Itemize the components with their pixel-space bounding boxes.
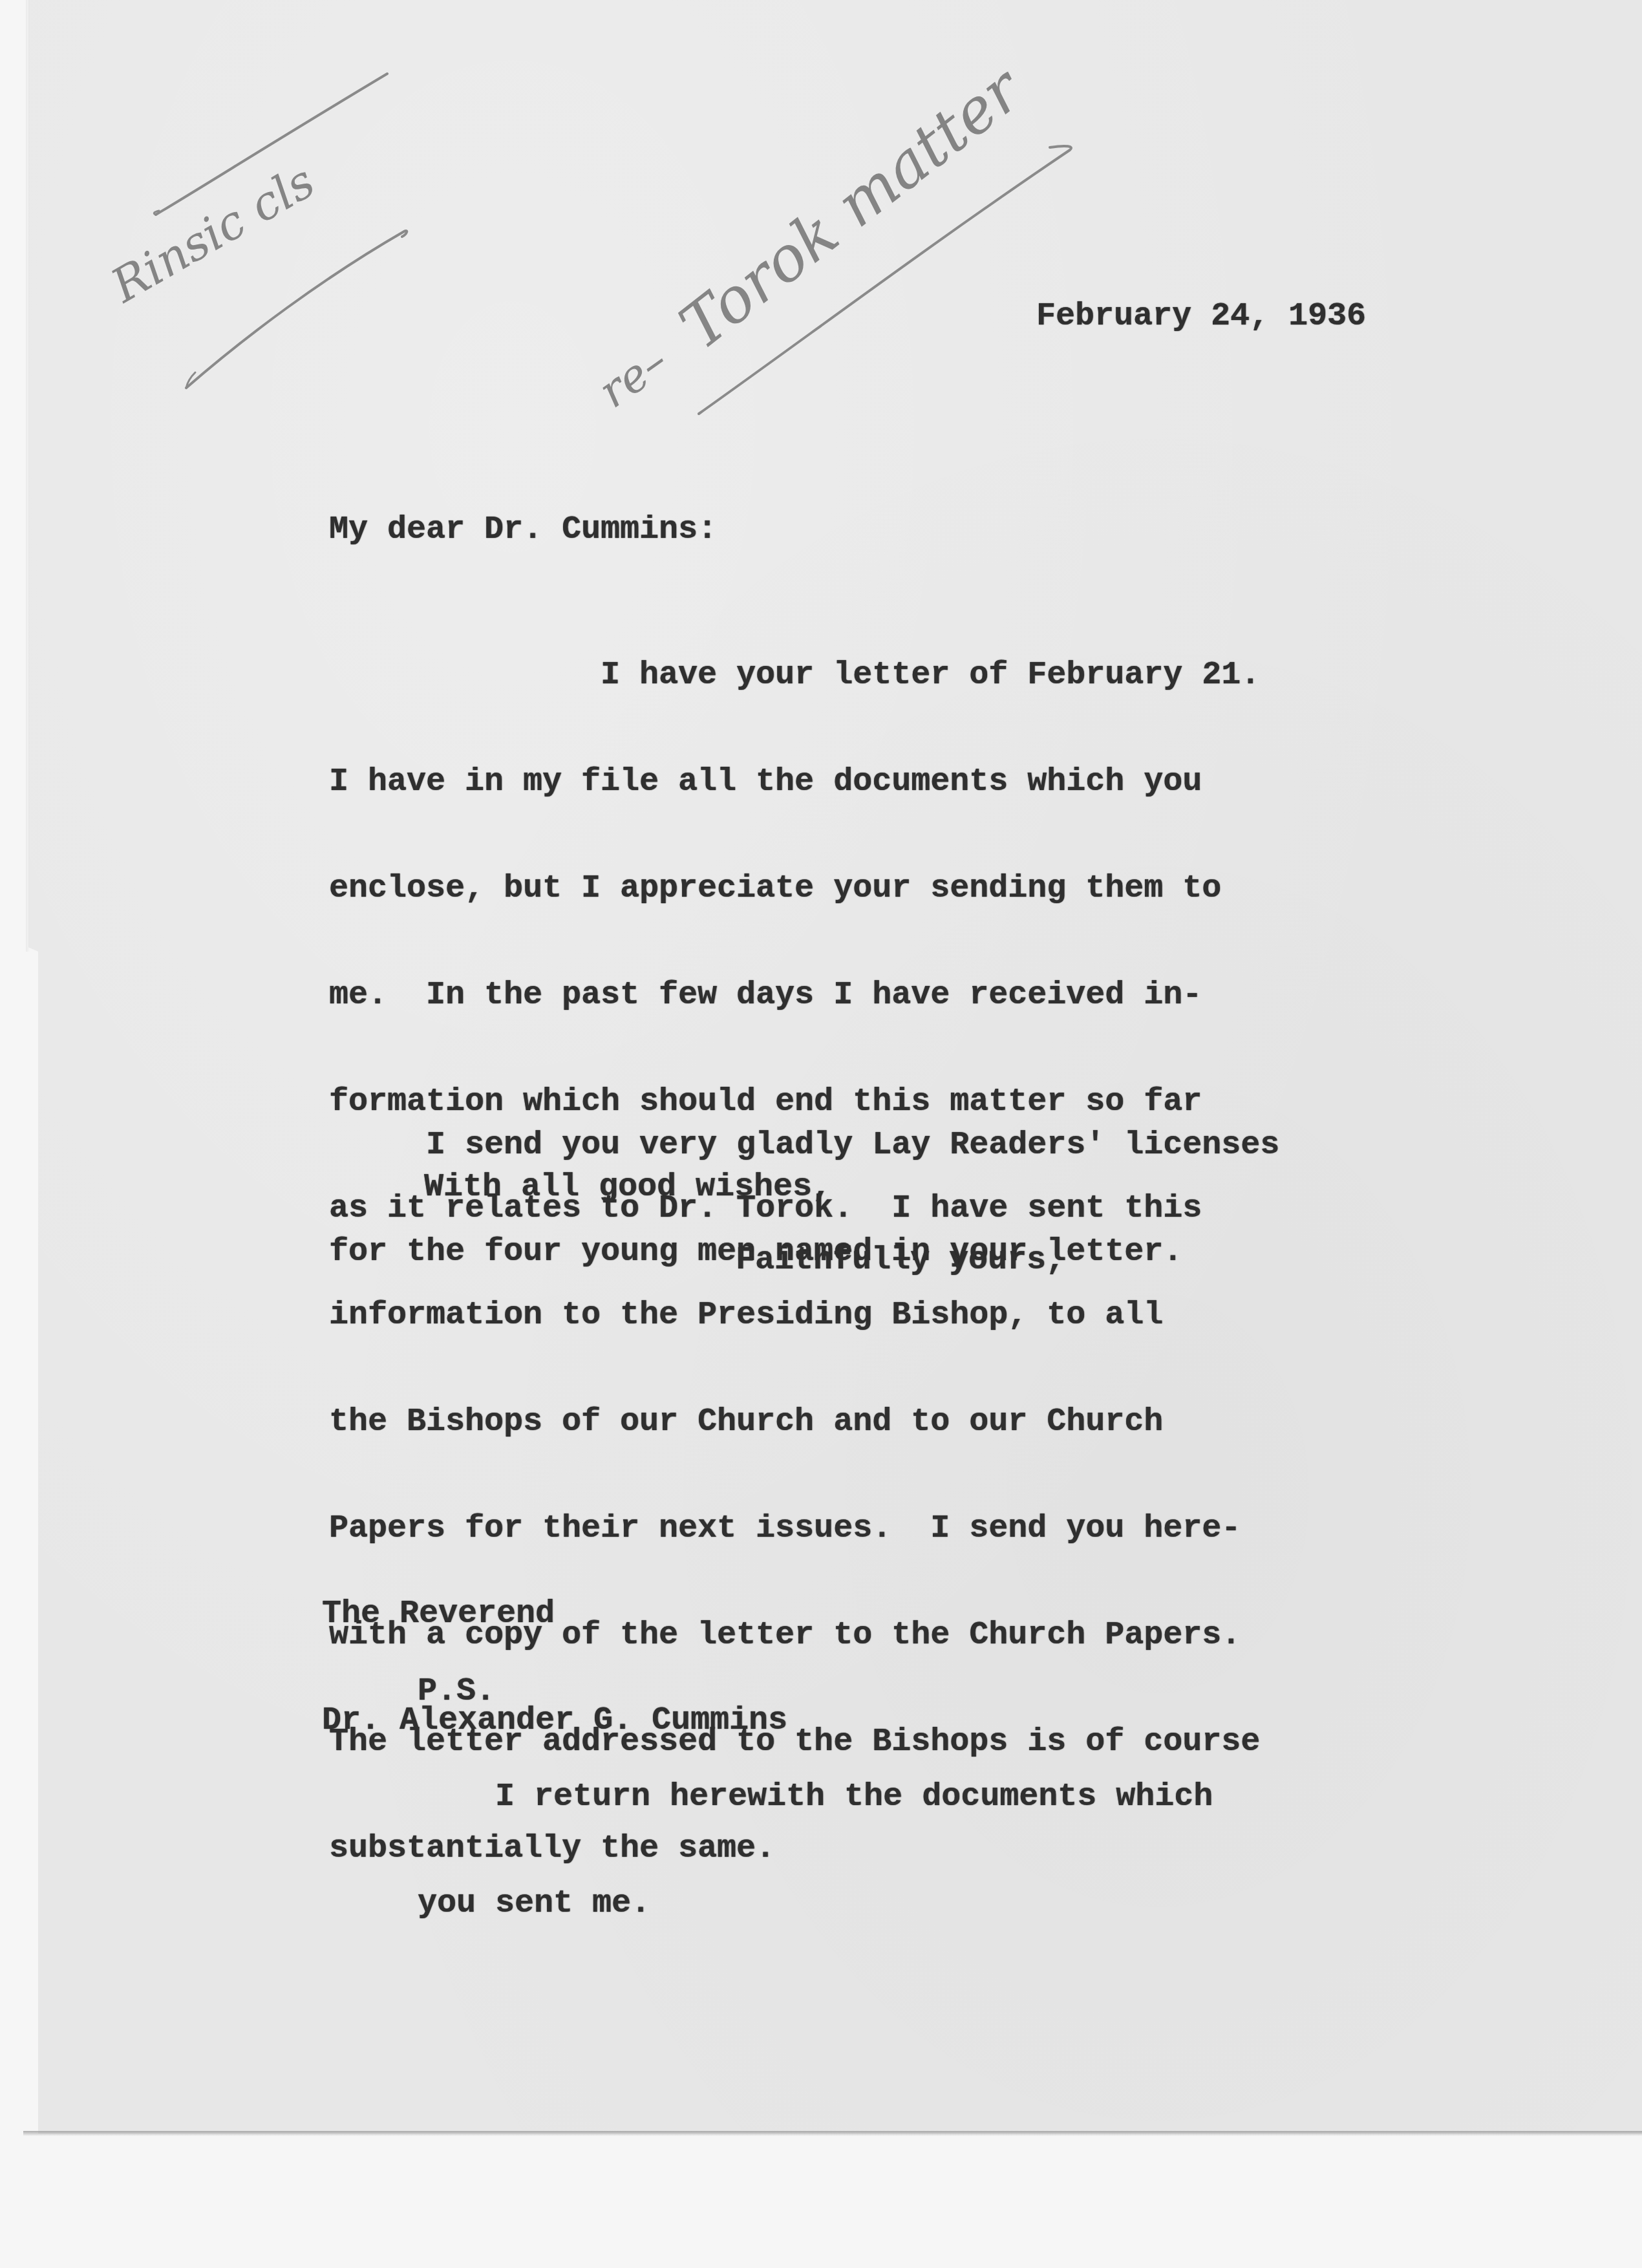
postscript-body: I return herewith the documents which yo… <box>418 1708 1213 1957</box>
paragraph-line: I have in my file all the documents whic… <box>329 764 1260 800</box>
paragraph-line: enclose, but I appreciate your sending t… <box>329 871 1260 906</box>
paragraph-line: I send you very gladly Lay Readers' lice… <box>329 1128 1279 1163</box>
recipient-title: The Reverend <box>322 1596 787 1632</box>
postscript-line: you sent me. <box>418 1886 1213 1921</box>
paper-bottom-edge <box>23 2131 1642 2136</box>
paragraph-line: me. In the past few days I have received… <box>329 978 1260 1013</box>
closing-wish: With all good wishes, <box>424 1170 831 1205</box>
postscript-line: I return herewith the documents which <box>418 1779 1213 1815</box>
salutation: My dear Dr. Cummins: <box>329 512 717 548</box>
paragraph-line: the Bishops of our Church and to our Chu… <box>329 1404 1260 1440</box>
postscript-label: P.S. <box>418 1674 495 1709</box>
paper-left-edge <box>26 0 30 952</box>
letter-date: February 24, 1936 <box>1036 299 1366 334</box>
complimentary-close: Faithfully yours, <box>736 1243 1065 1278</box>
paragraph-line: I have your letter of February 21. <box>329 658 1260 693</box>
